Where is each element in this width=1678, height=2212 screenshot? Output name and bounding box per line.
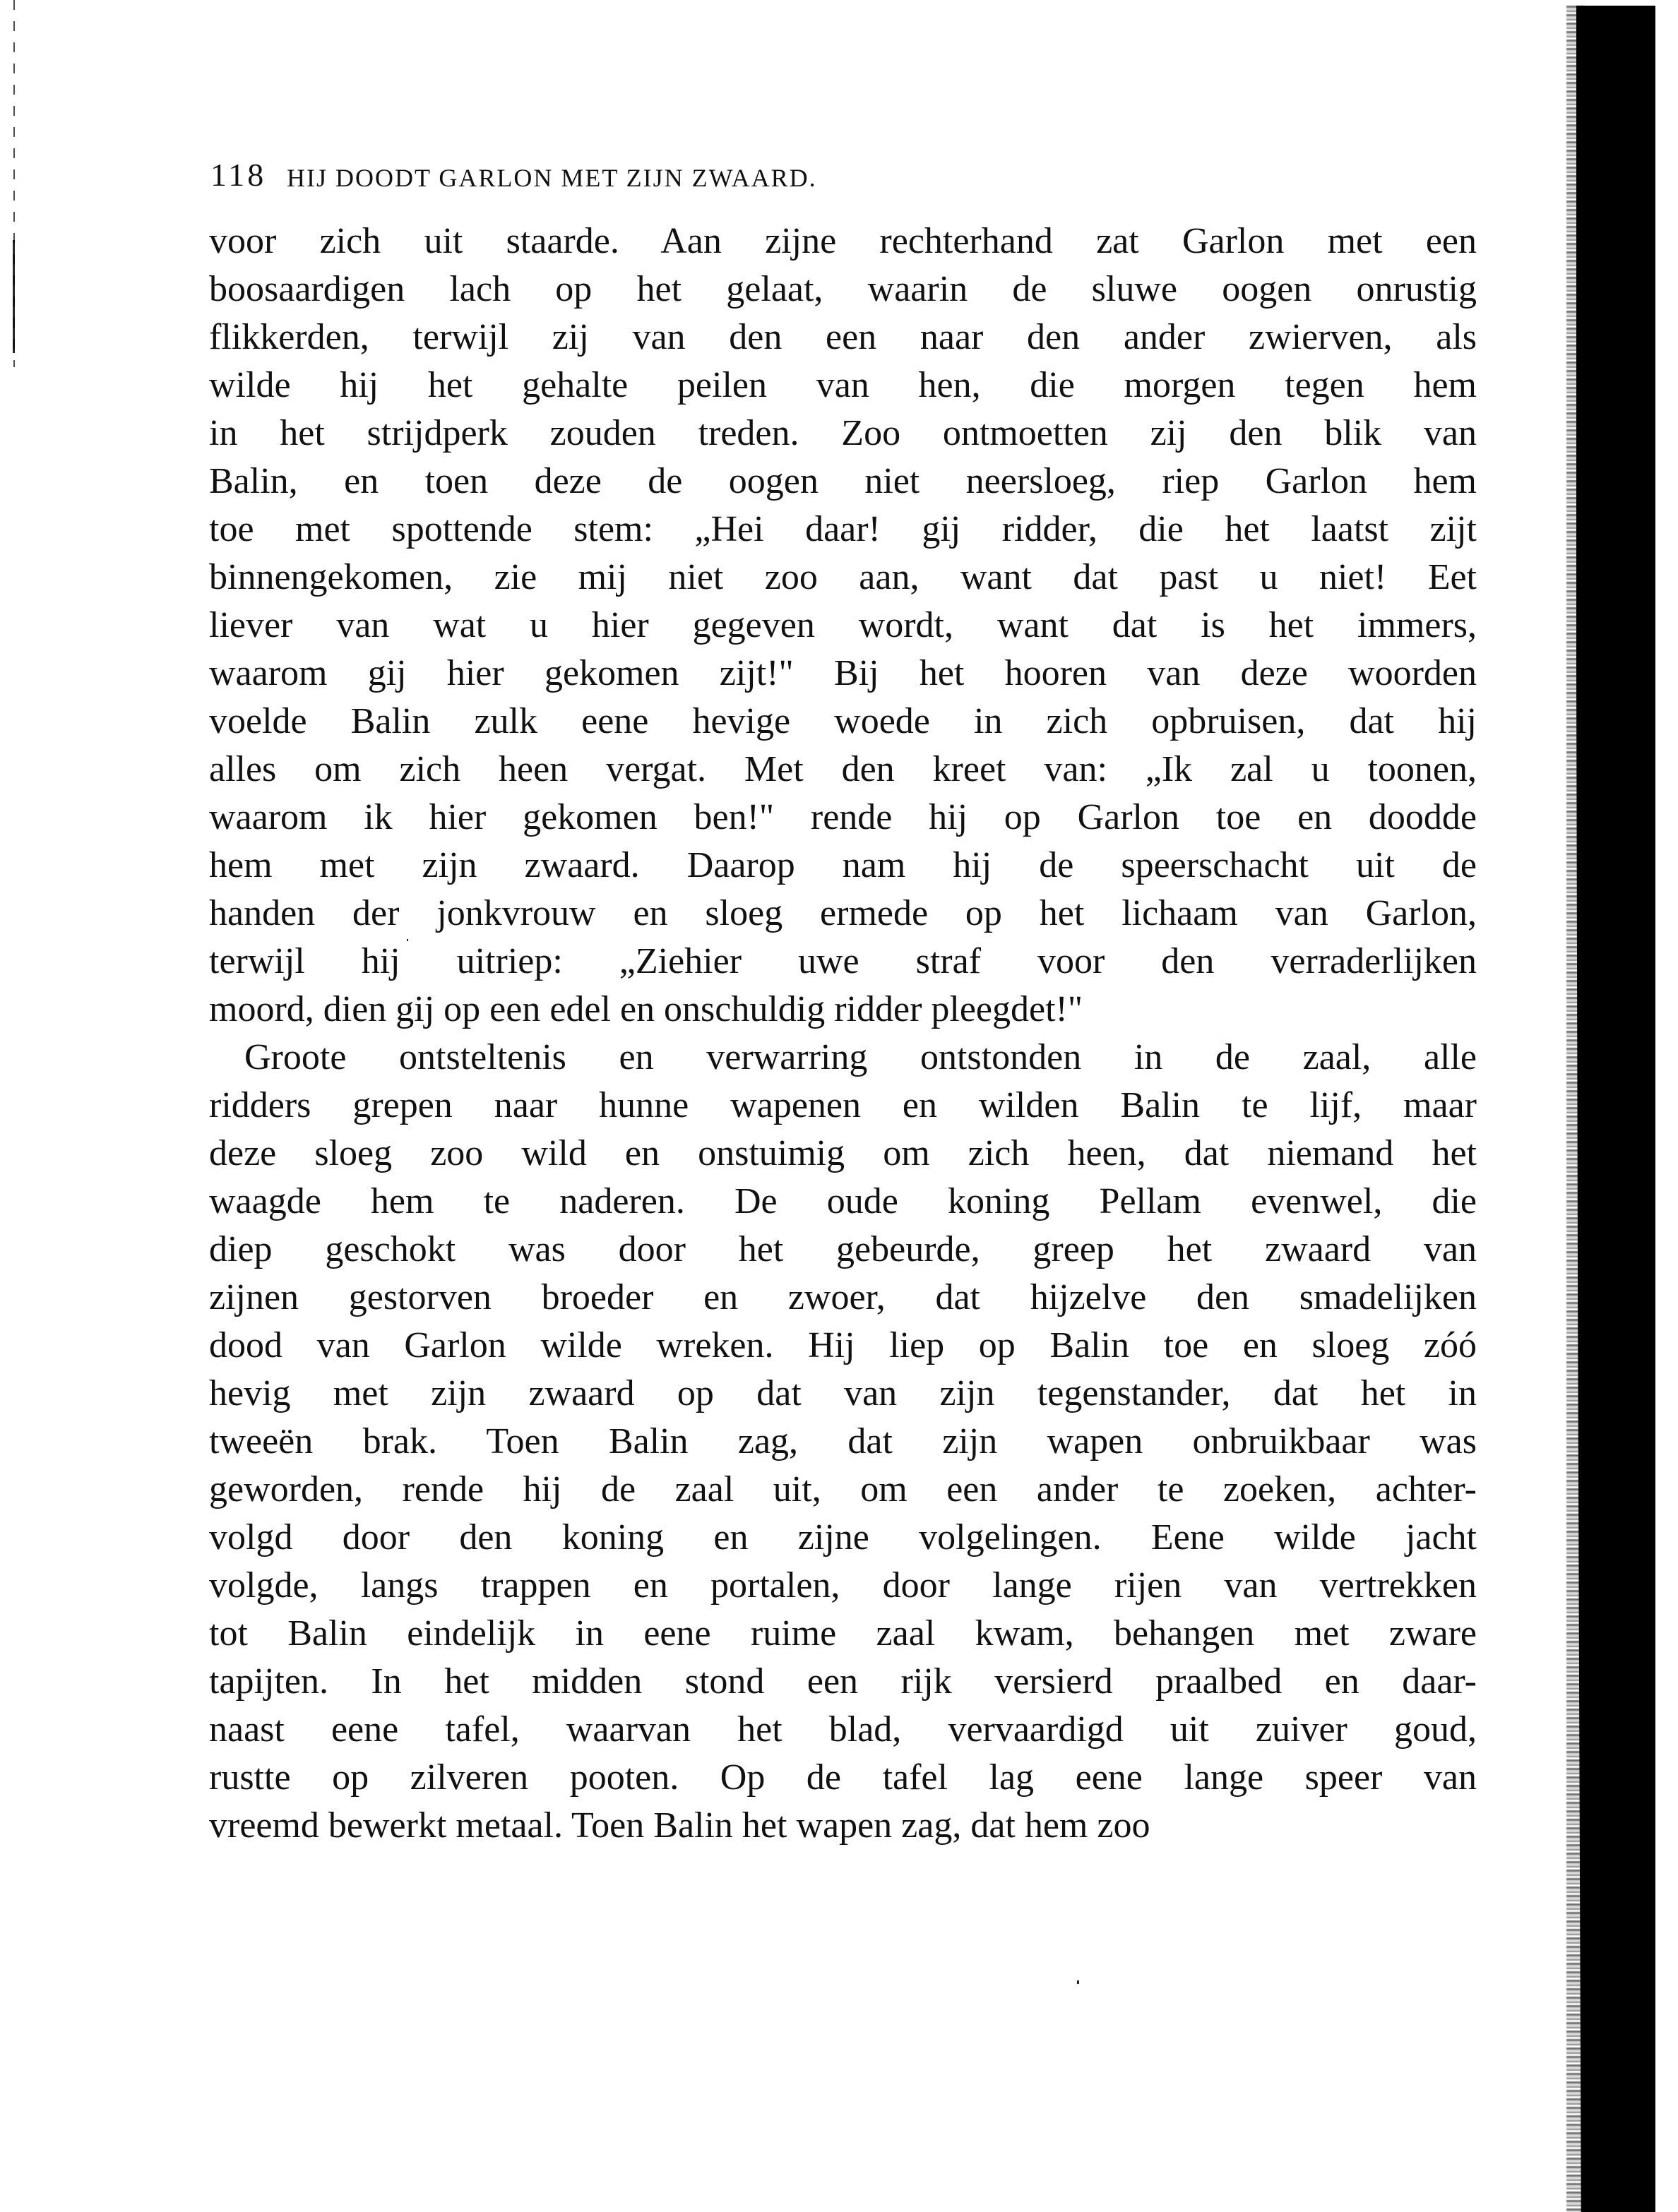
text-line: waarom gij hier gekomen zijt!" Bij het h… xyxy=(209,650,1477,698)
text-line: toe met spottende stem: „Hei daar! gij r… xyxy=(209,506,1477,554)
text-line: Groote ontsteltenis en verwarring ontsto… xyxy=(209,1034,1477,1082)
text-line: moord, dien gij op een edel en onschuldi… xyxy=(209,986,1477,1034)
text-line: volgd door den koning en zijne volgeling… xyxy=(209,1514,1477,1562)
text-line: deze sloeg zoo wild en onstuimig om zich… xyxy=(209,1130,1477,1178)
text-line: rustte op zilveren pooten. Op de tafel l… xyxy=(209,1754,1477,1802)
text-line: waagde hem te naderen. De oude koning Pe… xyxy=(209,1178,1477,1226)
text-line: waarom ik hier gekomen ben!" rende hij o… xyxy=(209,794,1477,842)
text-line: liever van wat u hier gegeven wordt, wan… xyxy=(209,602,1477,650)
scan-speck xyxy=(1077,1980,1079,1984)
text-line: volgde, langs trappen en portalen, door … xyxy=(209,1562,1477,1610)
text-line: hem met zijn zwaard. Daarop nam hij de s… xyxy=(209,842,1477,890)
text-line: naast eene tafel, waarvan het blad, verv… xyxy=(209,1706,1477,1754)
text-line: voor zich uit staarde. Aan zijne rechter… xyxy=(209,217,1477,265)
text-line: Balin, en toen deze de oogen niet neersl… xyxy=(209,458,1477,506)
text-line: zijnen gestorven broeder en zwoer, dat h… xyxy=(209,1274,1477,1322)
text-line: alles om zich heen vergat. Met den kreet… xyxy=(209,746,1477,794)
body-text: voor zich uit staarde. Aan zijne rechter… xyxy=(209,217,1477,1850)
running-head: 118 HIJ DOODT GARLON MET ZIJN ZWAARD. xyxy=(209,154,1477,196)
text-line: voelde Balin zulk eene hevige woede in z… xyxy=(209,698,1477,746)
page-number: 118 xyxy=(210,154,266,196)
text-line: tweeën brak. Toen Balin zag, dat zijn wa… xyxy=(209,1418,1477,1466)
text-line: boosaardigen lach op het gelaat, waarin … xyxy=(209,265,1477,313)
paragraph-1: voor zich uit staarde. Aan zijne rechter… xyxy=(209,217,1477,1034)
text-line: diep geschokt was door het gebeurde, gre… xyxy=(209,1226,1477,1274)
text-line: tapijten. In het midden stond een rijk v… xyxy=(209,1658,1477,1706)
scan-gutter-shadow xyxy=(1576,6,1655,2212)
text-line: hevig met zijn zwaard op dat van zijn te… xyxy=(209,1370,1477,1418)
text-line: binnengekomen, zie mij niet zoo aan, wan… xyxy=(209,554,1477,602)
text-line: vreemd bewerkt metaal. Toen Balin het wa… xyxy=(209,1802,1477,1850)
text-line: wilde hij het gehalte peilen van hen, di… xyxy=(209,361,1477,409)
text-line: in het strijdperk zouden treden. Zoo ont… xyxy=(209,409,1477,458)
text-line: terwijl hij uitriep: „Ziehier uwe straf … xyxy=(209,938,1477,986)
text-line: ridders grepen naar hunne wapenen en wil… xyxy=(209,1082,1477,1130)
scan-left-edge-mark xyxy=(13,240,15,353)
text-line: dood van Garlon wilde wreken. Hij liep o… xyxy=(209,1322,1477,1370)
text-line: geworden, rende hij de zaal uit, om een … xyxy=(209,1466,1477,1514)
text-line: flikkerden, terwijl zij van den een naar… xyxy=(209,313,1477,361)
text-line: tot Balin eindelijk in eene ruime zaal k… xyxy=(209,1610,1477,1658)
running-head-title: HIJ DOODT GARLON MET ZIJN ZWAARD. xyxy=(287,157,817,199)
text-line: handen der jonkvrouw en sloeg ermede op … xyxy=(209,890,1477,938)
paragraph-2: Groote ontsteltenis en verwarring ontsto… xyxy=(209,1034,1477,1850)
scan-speck xyxy=(407,939,408,941)
